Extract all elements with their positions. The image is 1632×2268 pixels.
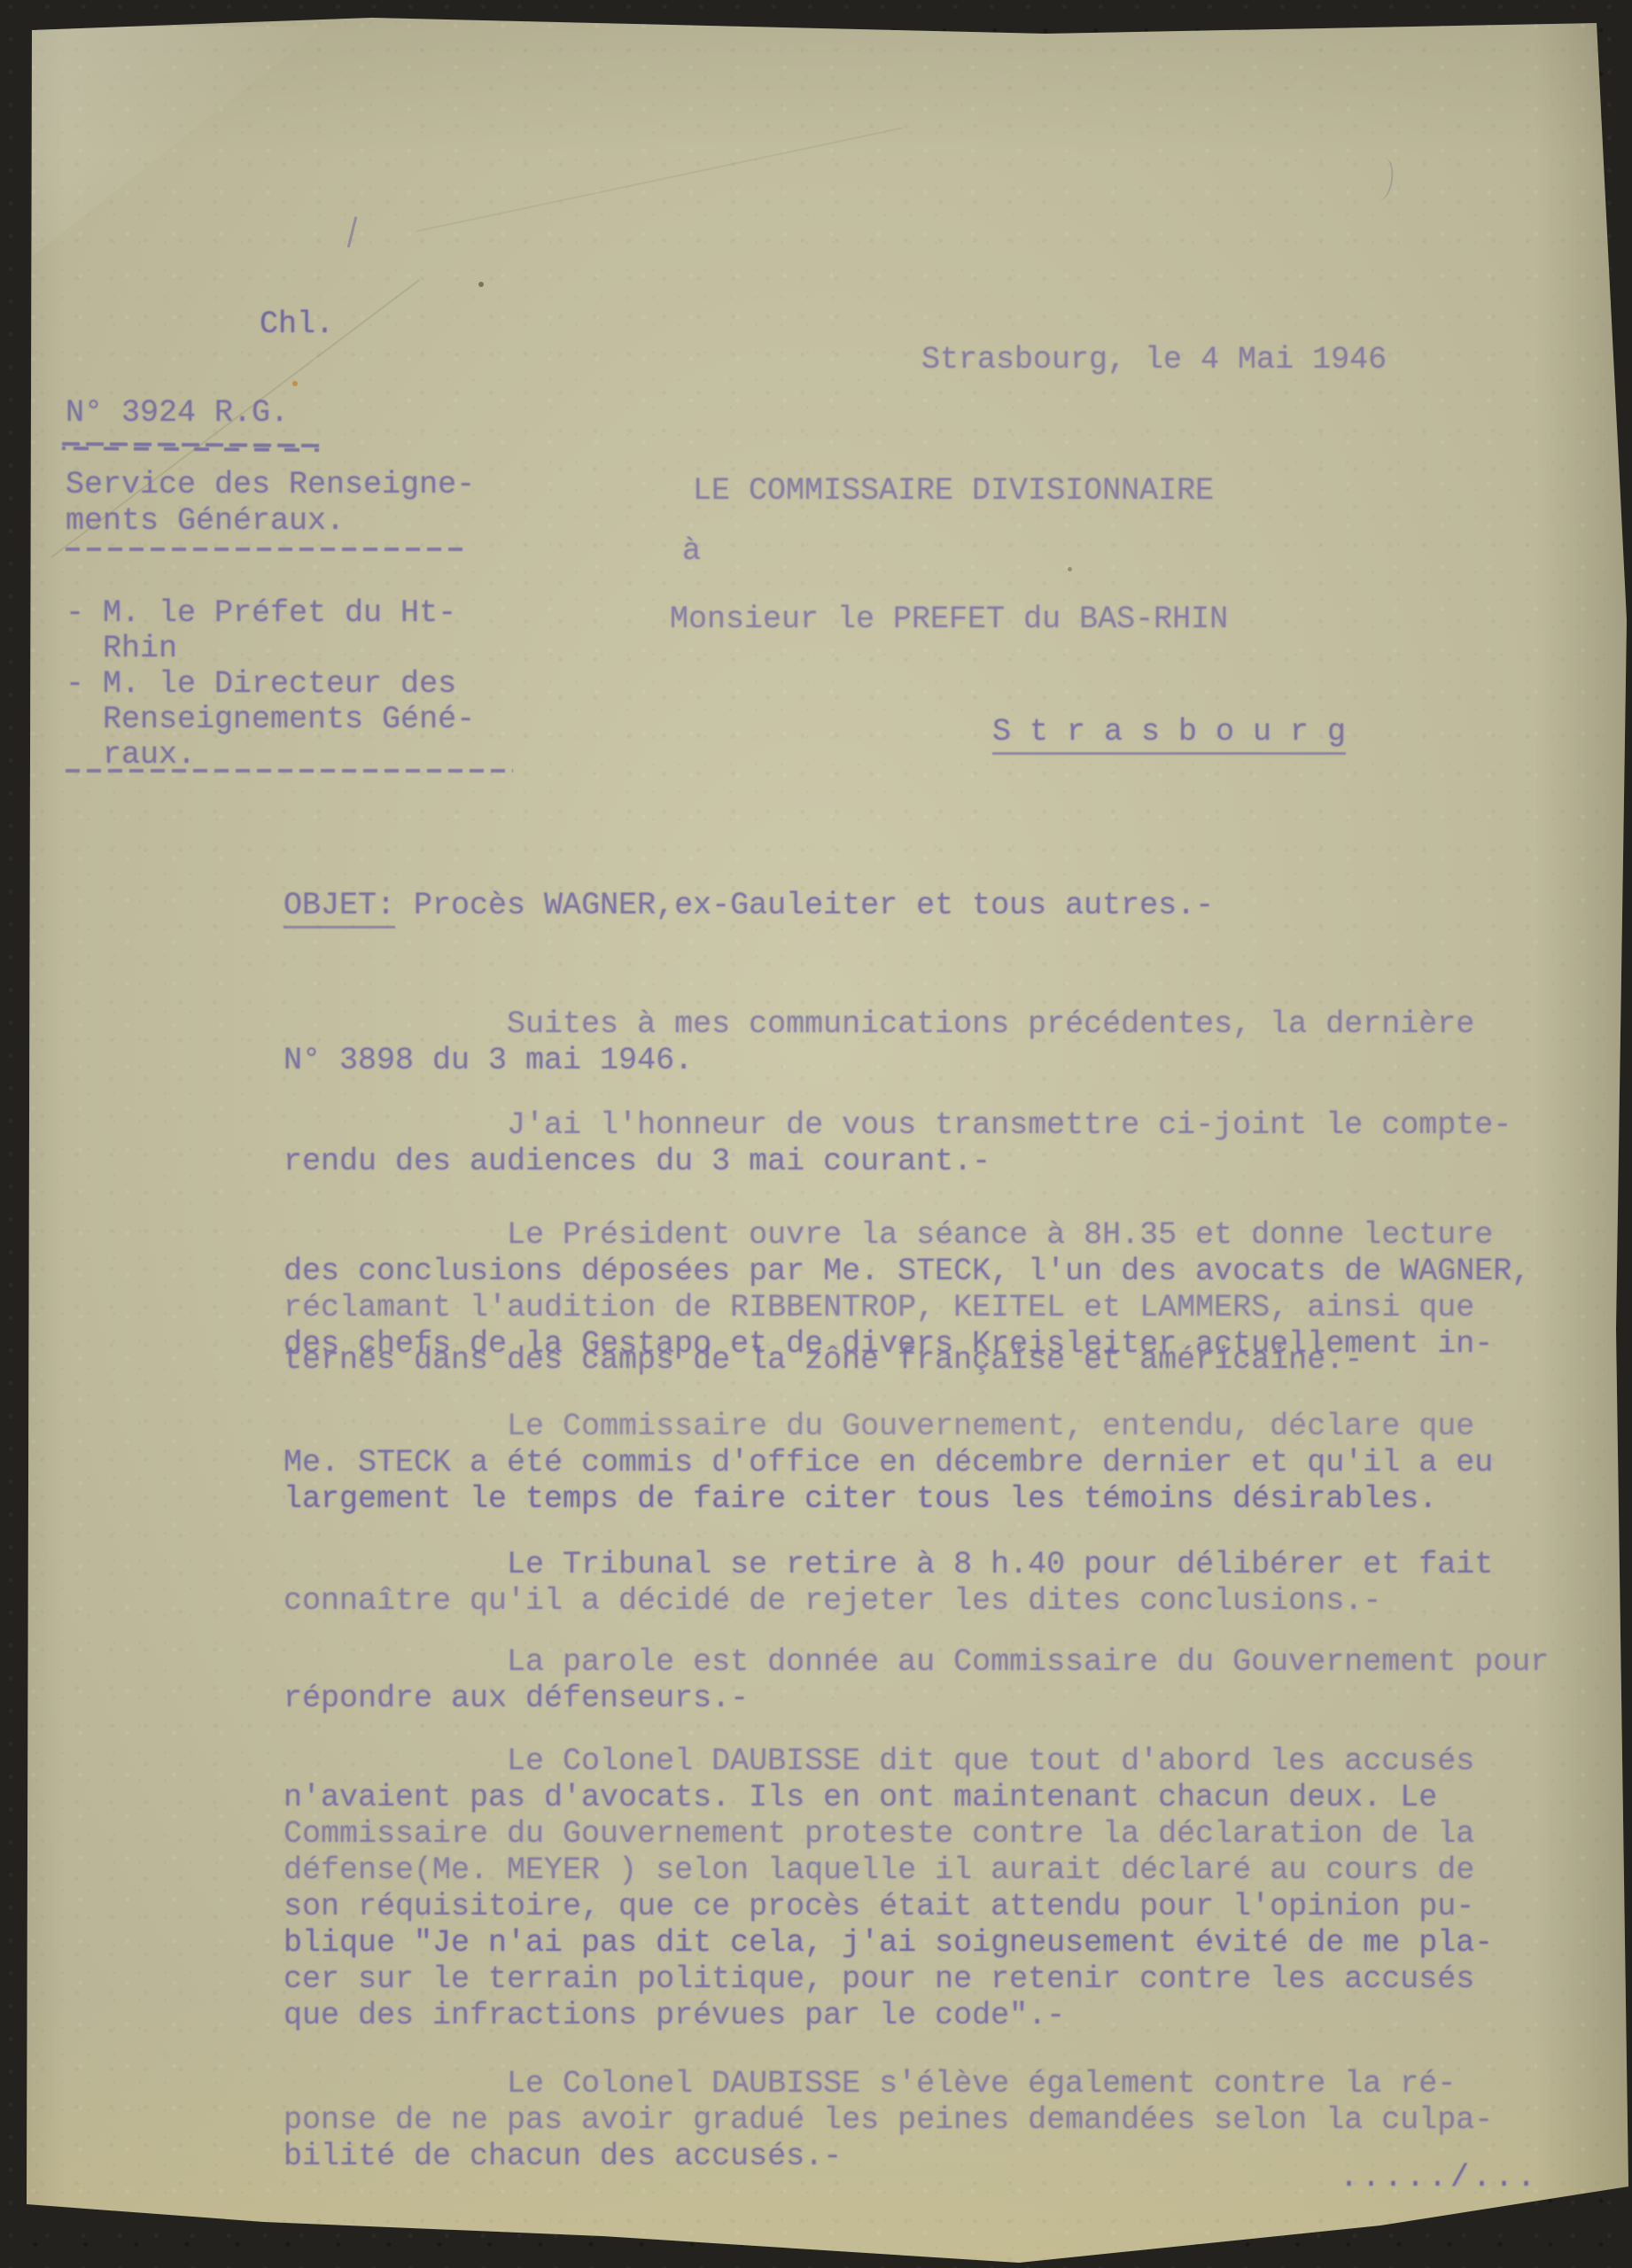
typed-line: rendu des audiences du 3 mai courant.- [284,1144,1512,1180]
paragraph: Le Tribunal se retire à 8 h.40 pour déli… [284,1547,1493,1619]
paper-crease [416,128,902,232]
typed-line-overlapping: ternés dans des camps de la zône françai… [284,1342,1530,1379]
paragraph: J'ai l'honneur de vous transmettre ci-jo… [284,1107,1512,1180]
paragraph: Le Colonel DAUBISSE s'élève également co… [284,2066,1493,2175]
addressee-name: Monsieur le PREFET du BAS-RHIN [670,602,1228,638]
continuation-mark: ...../... [1340,2160,1539,2196]
copy-recipient-line: Rhin [66,631,177,667]
pen-arc-mark [1369,157,1395,202]
typed-line: réclamant l'audition de RIBBENTROP, KEIT… [284,1290,1530,1326]
typed-line: Le Colonel DAUBISSE dit que tout d'abord… [284,1744,1493,1780]
copy-recipient-line: raux. [66,737,196,773]
typed-line: répondre aux défenseurs.- [284,1681,1549,1717]
copy-recipient-line: - M. le Préfet du Ht- [66,595,456,632]
typed-line: que des infractions prévues par le code"… [284,1998,1493,2034]
typed-line: Le Président ouvre la séance à 8H.35 et … [284,1217,1530,1254]
typed-line: connaître qu'il a décidé de rejeter les … [284,1583,1493,1619]
typed-line: Le Tribunal se retire à 8 h.40 pour déli… [284,1547,1493,1583]
copy-recipient-line: - M. le Directeur des [66,666,456,703]
addressee-city: S t r a s b o u r g [992,714,1346,755]
copy-recipient-line: Renseignements Géné- [66,702,475,738]
addressee-title: LE COMMISSAIRE DIVISIONNAIRE [693,473,1214,509]
paragraph: Le Colonel DAUBISSE dit que tout d'abord… [284,1744,1493,2034]
paragraph: Suites à mes communications précédentes,… [284,1006,1474,1079]
ink-smudge [347,216,358,248]
typed-line: des conclusions déposées par Me. STECK, … [284,1254,1530,1290]
typed-line: Le Commissaire du Gouvernement, entendu,… [284,1409,1493,1445]
dateline: Strasbourg, le 4 Mai 1946 [921,342,1387,378]
typed-line: La parole est donnée au Commissaire du G… [284,1644,1549,1681]
typed-line: défense(Me. MEYER ) selon laquelle il au… [284,1852,1493,1889]
typed-line: Commissaire du Gouvernement proteste con… [284,1816,1493,1852]
typed-line: bilité de chacun des accusés.- [284,2139,1493,2175]
reference-number: N° 3924 R.G. [66,395,289,431]
paragraph: Le Commissaire du Gouvernement, entendu,… [284,1409,1493,1518]
typed-line: son réquisitoire, que ce procès était at… [284,1889,1493,1925]
reference-underline [62,442,319,452]
subject-label: OBJET: [284,888,395,928]
paragraph: Le Président ouvre la séance à 8H.35 et … [284,1217,1530,1379]
typed-line: largement le temps de faire citer tous l… [284,1481,1493,1518]
subject-line: OBJET: Procès WAGNER,ex-Gauleiter et tou… [284,888,1214,924]
typed-line: blique "Je n'ai pas dit cela, j'ai soign… [284,1925,1493,1961]
scan-backdrop: Chl. Strasbourg, le 4 Mai 1946 N° 3924 R… [0,0,1632,2268]
separator-dashes [66,769,513,773]
paper-speck [292,381,298,386]
paper-speck [1068,567,1072,571]
typed-line: Le Colonel DAUBISSE s'élève également co… [284,2066,1493,2102]
paper-speck [478,282,484,287]
filing-note: Chl. [260,307,334,343]
document-page: Chl. Strasbourg, le 4 Mai 1946 N° 3924 R… [0,0,1632,2268]
corner-fold [32,27,324,257]
typed-line: cer sur le terrain politique, pour ne re… [284,1961,1493,1998]
addressee-particle: à [682,533,701,570]
typed-line: Suites à mes communications précédentes,… [284,1006,1474,1043]
typed-line: J'ai l'honneur de vous transmettre ci-jo… [284,1107,1512,1144]
sender-service-line-2: ments Généraux. [66,503,345,540]
typed-line: N° 3898 du 3 mai 1946. [284,1043,1474,1079]
sender-service-line-1: Service des Renseigne- [66,467,475,503]
typed-line: n'avaient pas d'avocats. Ils en ont main… [284,1780,1493,1816]
typed-line: ponse de ne pas avoir gradué les peines … [284,2102,1493,2139]
separator-dashes [66,548,466,551]
paragraph: La parole est donnée au Commissaire du G… [284,1644,1549,1717]
typed-line: Me. STECK a été commis d'office en décem… [284,1445,1493,1481]
subject-text: Procès WAGNER,ex-Gauleiter et tous autre… [395,888,1214,923]
